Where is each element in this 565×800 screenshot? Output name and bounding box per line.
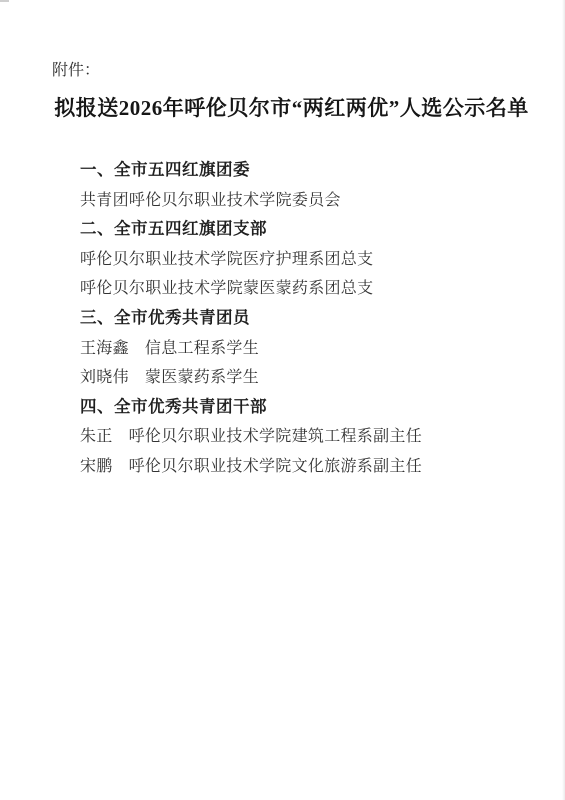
person-entry: 宋鹏呼伦贝尔职业技术学院文化旅游系副主任 xyxy=(80,452,535,482)
person-name: 王海鑫 xyxy=(80,340,129,357)
section-heading-3: 三、全市优秀共青团员 xyxy=(80,304,535,334)
attachment-label: 附件： xyxy=(52,60,100,82)
document-page: 附件： 拟报送2026年呼伦贝尔市“两红两优”人选公示名单 一、全市五四红旗团委… xyxy=(0,0,565,800)
name-list: 一、全市五四红旗团委 共青团呼伦贝尔职业技术学院委员会 二、全市五四红旗团支部 … xyxy=(80,156,535,482)
section-heading-2: 二、全市五四红旗团支部 xyxy=(80,215,535,245)
list-entry: 呼伦贝尔职业技术学院蒙医蒙药系团总支 xyxy=(80,274,535,304)
person-name: 朱正 xyxy=(80,428,113,445)
person-entry: 朱正呼伦贝尔职业技术学院建筑工程系副主任 xyxy=(80,422,535,452)
list-entry: 共青团呼伦贝尔职业技术学院委员会 xyxy=(80,186,535,216)
person-role: 呼伦贝尔职业技术学院建筑工程系副主任 xyxy=(129,428,422,445)
person-role: 蒙医蒙药系学生 xyxy=(145,369,259,386)
page-title: 拟报送2026年呼伦贝尔市“两红两优”人选公示名单 xyxy=(0,93,565,123)
person-entry: 刘晓伟蒙医蒙药系学生 xyxy=(80,363,535,393)
scan-artifact xyxy=(0,0,9,2)
person-entry: 王海鑫信息工程系学生 xyxy=(80,334,535,364)
section-heading-1: 一、全市五四红旗团委 xyxy=(80,156,535,186)
list-entry: 呼伦贝尔职业技术学院医疗护理系团总支 xyxy=(80,245,535,275)
person-role: 呼伦贝尔职业技术学院文化旅游系副主任 xyxy=(129,458,422,475)
person-name: 刘晓伟 xyxy=(80,369,129,386)
person-name: 宋鹏 xyxy=(80,458,113,475)
section-heading-4: 四、全市优秀共青团干部 xyxy=(80,393,535,423)
person-role: 信息工程系学生 xyxy=(145,340,259,357)
